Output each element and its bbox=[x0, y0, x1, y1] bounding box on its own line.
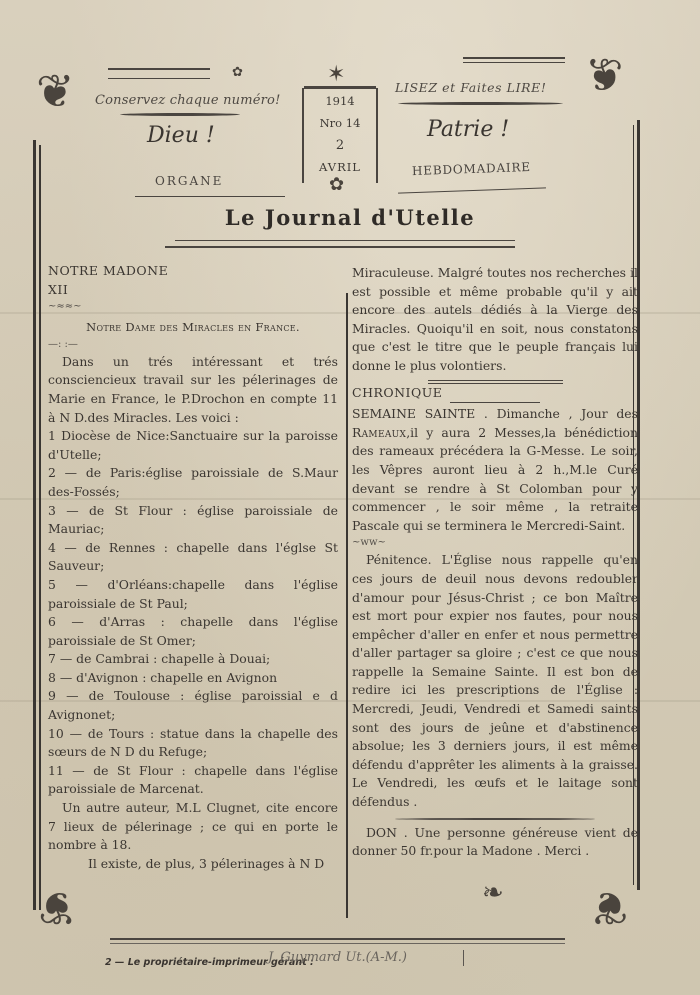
semaine-rameaux: Rameaux bbox=[352, 425, 406, 440]
heading-ornament: ~≈≈~ bbox=[48, 299, 338, 315]
top-rule-left-thin bbox=[108, 78, 210, 79]
separator-ornament: ~ww~ bbox=[352, 535, 638, 551]
issue-number: Nro 14 bbox=[300, 116, 380, 130]
masthead-patrie: Patrie ! bbox=[427, 117, 509, 142]
footer-tick-mark bbox=[463, 950, 464, 966]
list-item: 9 — de Toulouse : église paroissial e d … bbox=[48, 687, 338, 724]
paragraph-semaine-sainte: SEMAINE SAINTE . Dimanche , Jour des Ram… bbox=[352, 405, 638, 535]
issue-month: AVRIL bbox=[300, 160, 380, 174]
chronique-underline bbox=[450, 402, 540, 403]
top-rule-right bbox=[463, 57, 565, 59]
list-item: 7 — de Cambrai : chapelle à Douai; bbox=[48, 650, 338, 669]
label-organe: ORGANE bbox=[155, 174, 223, 188]
list-item: 8 — d'Avignon : chapelle en Avignon bbox=[48, 669, 338, 688]
list-item: 10 — de Tours : statue dans la chapelle … bbox=[48, 725, 338, 762]
corner-ornament-top-right: ❦ bbox=[585, 52, 624, 98]
top-rule-left bbox=[108, 68, 210, 70]
paragraph-don: DON . Une personne généreuse vient de do… bbox=[352, 824, 638, 861]
article-continuation: Miraculeuse. Malgré toutes nos recherche… bbox=[352, 264, 638, 376]
semaine-lead: SEMAINE SAINTE . bbox=[352, 406, 488, 421]
paragraph-penitence: Pénitence. L'Église nous rappelle qu'en … bbox=[352, 551, 638, 811]
list-item: 6 — d'Arras : chapelle dans l'église par… bbox=[48, 613, 338, 650]
list-item: 5 — d'Orléans:chapelle dans l'église par… bbox=[48, 576, 338, 613]
swash-left bbox=[120, 113, 240, 116]
issue-year: 1914 bbox=[300, 94, 380, 108]
fleuron-ornament-bottom: ❧ bbox=[482, 880, 504, 906]
motto-left: Conservez chaque numéro! bbox=[95, 93, 281, 108]
right-column: Miraculeuse. Malgré toutes nos recherche… bbox=[352, 264, 638, 861]
semaine-text: Dimanche , Jour des bbox=[488, 406, 638, 421]
section-title-chronique: CHRONIQUE bbox=[352, 384, 638, 403]
motto-right: LISEZ et Faites LIRE! bbox=[395, 80, 546, 95]
corner-ornament-top-left: ❦ bbox=[36, 68, 75, 114]
title-rule-top bbox=[175, 240, 515, 241]
top-rule-right-thin bbox=[463, 62, 565, 63]
rule-under-organe bbox=[135, 196, 285, 197]
bottom-rule-thin bbox=[110, 943, 565, 944]
list-item: 1 Diocèse de Nice:Sanctuaire sur la paro… bbox=[48, 427, 338, 464]
swash-right bbox=[398, 102, 563, 105]
flower-ornament-top: ✿ bbox=[232, 66, 243, 79]
article-intro: Dans un trés intéressant et trés conscie… bbox=[48, 353, 338, 427]
printer-signature: J. Guymard Ut.(A-M.) bbox=[268, 950, 407, 965]
newspaper-title: Le Journal d'Utelle bbox=[0, 205, 700, 230]
column-divider bbox=[346, 293, 348, 918]
crest-icon: ✶ bbox=[327, 64, 345, 86]
left-column: NOTRE MADONE XII ~≈≈~ Notre Dame des Mir… bbox=[48, 262, 338, 873]
left-border-thick bbox=[33, 140, 36, 910]
title-rule-bottom bbox=[165, 246, 515, 248]
rosette-icon: ✿ bbox=[329, 176, 344, 194]
paragraph-existe: Il existe, de plus, 3 pélerinages à N D bbox=[48, 855, 338, 874]
left-border-thin bbox=[39, 145, 41, 910]
article-heading: NOTRE MADONE bbox=[48, 262, 338, 281]
article-subheading: Notre Dame des Miracles en France. bbox=[48, 318, 338, 337]
list-item: 11 — de St Flour : chapelle dans l'églis… bbox=[48, 762, 338, 799]
semaine-text-2: ,il y aura 2 Messes,la bénédiction des r… bbox=[352, 425, 638, 533]
corner-ornament-bottom-left: ❦ bbox=[38, 885, 77, 931]
don-separator bbox=[395, 818, 595, 820]
issue-date-box: ✶ 1914 Nro 14 2 AVRIL ✿ bbox=[300, 70, 380, 190]
masthead-dieu: Dieu ! bbox=[147, 123, 215, 148]
list-item: 3 — de St Flour : église paroissiale de … bbox=[48, 502, 338, 539]
corner-ornament-bottom-right: ❦ bbox=[590, 885, 629, 931]
issue-day: 2 bbox=[300, 138, 380, 153]
date-box-top bbox=[304, 86, 376, 89]
paragraph-clugnet: Un autre auteur, M.L Clugnet, cite encor… bbox=[48, 799, 338, 855]
article-part-number: XII bbox=[48, 281, 338, 300]
list-item: 2 — de Paris:église paroissiale de S.Mau… bbox=[48, 464, 338, 501]
bottom-rule-thick bbox=[110, 938, 565, 940]
subheading-ornament: —: :— bbox=[48, 337, 338, 353]
list-item: 4 — de Rennes : chapelle dans l'églse St… bbox=[48, 539, 338, 576]
